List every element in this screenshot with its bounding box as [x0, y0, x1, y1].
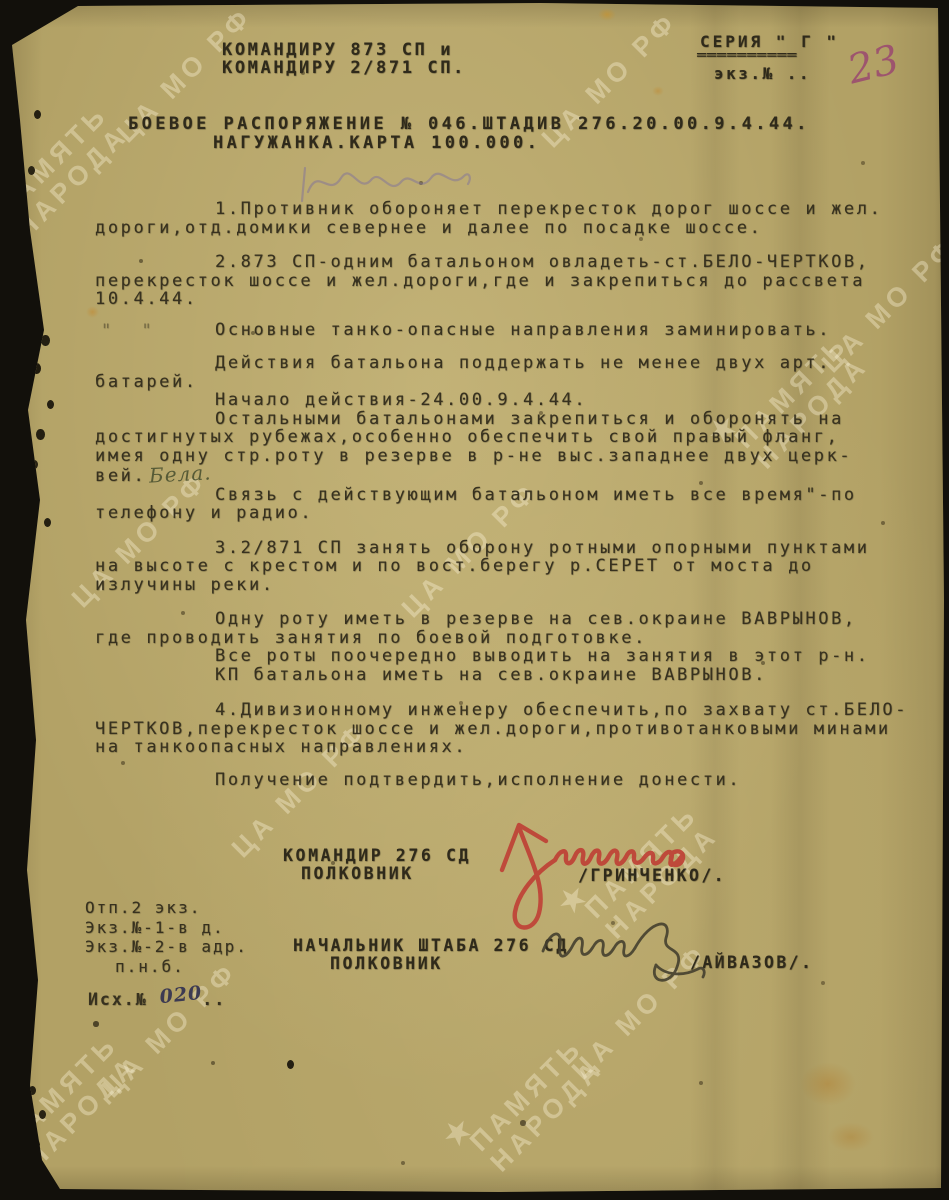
typed-line: 2.873 СП-одним батальоном овладеть-ст.БЕ… — [95, 253, 903, 272]
typed-line: где проводить занятия по боевой подготов… — [95, 629, 903, 648]
order-body-text: 1.Противник обороняет перекресток дорог … — [95, 200, 903, 789]
typed-line: телефону и радио. — [95, 504, 903, 523]
typed-line: Все роты поочередно выводить на занятия … — [95, 647, 903, 666]
typed-line-text: где проводить занятия по боевой подготов… — [95, 628, 647, 648]
typed-line: на высоте с крестом и по вост.берегу р.С… — [95, 557, 903, 576]
typed-line-text: Остальными батальонами закрепиться и обо… — [215, 409, 844, 429]
series-underline: ══════════ — [697, 46, 797, 64]
typed-line-text: излучины реки. — [95, 575, 275, 595]
memory-watermark-text: ПАМЯТЬ — [580, 800, 704, 924]
typed-line: перекресток шоссе и жел.дороги,где и зак… — [95, 272, 903, 291]
star-icon: ★ — [439, 1019, 572, 1152]
star-icon: ★ — [554, 786, 687, 919]
typed-line-text: 10.4.44. — [95, 289, 198, 309]
typed-line: Начало действия-24.00.9.4.44. — [95, 391, 903, 410]
copy-number-label: экз.№ .. — [714, 64, 811, 83]
typed-line-text: Связь с действующим батальоном иметь все… — [215, 485, 857, 505]
paper-stain — [598, 8, 616, 21]
paper-stain — [828, 1122, 874, 1152]
typed-line: излучины реки. — [95, 576, 903, 595]
distribution-note-line: Экз.№-2-в адр. — [85, 937, 248, 957]
typed-line: " "Основные танко-опасные направления за… — [95, 321, 903, 340]
typed-line-text: Все роты поочередно выводить на занятия … — [215, 646, 870, 666]
typed-line: достигнутых рубежах,особенно обеспечить … — [95, 428, 903, 447]
chief-name-typed: /АЙВАЗОВ/. — [690, 953, 813, 972]
typed-line-text: Начало действия-24.00.9.4.44. — [215, 390, 587, 410]
outgoing-prefix: Исх.№ — [88, 990, 148, 1009]
recipient-line-2: КОМАНДИРУ 2/871 СП. — [222, 58, 466, 78]
chief-rank-line-1: НАЧАЛЬНИК ШТАБА 276 СД — [293, 936, 569, 955]
typed-line-text: ЧЕРТКОВ,перекресток шоссе и жел.дороги,п… — [95, 719, 891, 739]
paper-stain — [800, 1062, 856, 1106]
typed-line-text: перекресток шоссе и жел.дороги,где и зак… — [95, 271, 865, 291]
memory-watermark-text: ПАМЯТЬ — [465, 1033, 589, 1157]
distribution-note-line: п.н.б. — [85, 957, 248, 977]
typed-quote-marks: " " — [101, 322, 162, 341]
distribution-note-line: Экз.№-1-в д. — [85, 918, 248, 938]
typed-line: КП батальона иметь на сев.окраине ВАВРЫН… — [95, 666, 903, 685]
scanned-document-page: ЦА МО РФЦА МО РФ★ПАМЯТЬНАРОДАЦА МО РФ★ПА… — [0, 0, 949, 1200]
distribution-note-line: Отп.2 экз. — [85, 898, 248, 918]
typed-line: имея одну стр.роту в резерве в р-не выс.… — [95, 447, 903, 466]
typed-line: 4.Дивизионному инженеру обеспечить,по за… — [95, 701, 903, 720]
archive-watermark: ЦА МО РФ — [97, 957, 244, 1104]
typed-line-text: 3.2/871 СП занять оборону ротными опорны… — [215, 538, 870, 558]
outgoing-dots: .. — [202, 990, 226, 1009]
commander-rank-line-2: ПОЛКОВНИК — [301, 864, 414, 883]
typed-line-text: на высоте с крестом и по вост.берегу р.С… — [95, 556, 814, 576]
handwritten-place-name: Бела. — [149, 463, 212, 485]
typed-line-text: Действия батальона поддержать не менее д… — [215, 353, 831, 373]
typed-line: на танкоопасных направлениях. — [95, 738, 903, 757]
paper-specks — [0, 0, 2, 2]
typed-line-text: 2.873 СП-одним батальоном овладеть-ст.БЕ… — [215, 252, 870, 272]
typed-line-text: 1.Противник обороняет перекресток дорог … — [215, 199, 882, 219]
typed-line-text: Одну роту иметь в резерве на сев.окраине… — [215, 609, 857, 629]
typed-line: Остальными батальонами закрепиться и обо… — [95, 410, 903, 429]
typed-line: 3.2/871 СП занять оборону ротными опорны… — [95, 539, 903, 558]
typed-line-text: на танкоопасных направлениях. — [95, 737, 467, 757]
typed-line-text: 4.Дивизионному инженеру обеспечить,по за… — [215, 700, 908, 720]
document-title-line-1: БОЕВОЕ РАСПОРЯЖЕНИЕ № 046.ШТАДИВ 276.20.… — [128, 114, 810, 134]
commander-rank-line-1: КОМАНДИР 276 СД — [283, 846, 471, 865]
typed-line-text: КП батальона иметь на сев.окраине ВАВРЫН… — [215, 665, 767, 685]
copy-number-handwritten: 23 — [843, 37, 904, 94]
memory-watermark-text: НАРОДА — [485, 1053, 609, 1177]
chief-rank-line-2: ПОЛКОВНИК — [330, 954, 443, 973]
commander-name-typed: /ГРИНЧЕНКО/. — [578, 866, 726, 885]
typed-line-text: батарей. — [95, 372, 198, 392]
document-title-line-2: НАГУЖАНКА.КАРТА 100.000. — [213, 133, 540, 153]
typed-line: 10.4.44. — [95, 290, 903, 309]
typed-line: батарей. — [95, 373, 903, 392]
memory-of-people-watermark: ★ПАМЯТЬНАРОДА — [0, 1016, 144, 1175]
typed-line: дороги,отд.домики севернее и далее по по… — [95, 219, 903, 238]
paper-stain — [652, 86, 664, 96]
paper-edge-holes — [0, 0, 3, 5]
typed-line-text: телефону и радио. — [95, 503, 313, 523]
memory-watermark-text: НАРОДА — [20, 1050, 144, 1174]
outgoing-number-line: Исх.№ 020.. — [88, 988, 226, 1010]
distribution-notes: Отп.2 экз.Экз.№-1-в д.Экз.№-2-в адр.п.н.… — [85, 898, 248, 976]
star-icon: ★ — [0, 86, 98, 219]
memory-of-people-watermark: ★ПАМЯТЬНАРОДА — [451, 1019, 610, 1178]
typed-line: Получение подтвердить,исполнение донести… — [95, 771, 903, 790]
typed-line-text: дороги,отд.домики севернее и далее по по… — [95, 218, 762, 238]
typed-line-text: Получение подтвердить,исполнение донести… — [215, 770, 741, 790]
typed-line: Связь с действующим батальоном иметь все… — [95, 486, 903, 505]
memory-of-people-watermark: ★ПАМЯТЬНАРОДА — [566, 786, 725, 945]
typed-line: Действия батальона поддержать не менее д… — [95, 354, 903, 373]
recipient-line-1: КОМАНДИРУ 873 СП и — [222, 40, 453, 60]
memory-watermark-text: ПАМЯТЬ — [0, 1030, 124, 1154]
typed-line-text: достигнутых рубежах,особенно обеспечить … — [95, 427, 839, 447]
typed-line-text: Основные танко-опасные направления замин… — [215, 320, 831, 340]
typed-line-text: вей. — [95, 466, 146, 486]
archive-watermark-text: ЦА МО РФ — [97, 957, 244, 1104]
star-icon: ★ — [0, 1016, 108, 1149]
typed-line: Одну роту иметь в резерве на сев.окраине… — [95, 610, 903, 629]
typed-line: ЧЕРТКОВ,перекресток шоссе и жел.дороги,п… — [95, 720, 903, 739]
typed-line: 1.Противник обороняет перекресток дорог … — [95, 200, 903, 219]
paper-sheet: ЦА МО РФЦА МО РФ★ПАМЯТЬНАРОДАЦА МО РФ★ПА… — [0, 0, 949, 1200]
typed-line: вей.Бела. — [95, 465, 903, 486]
outgoing-number-handwritten: 020 — [158, 982, 203, 1008]
